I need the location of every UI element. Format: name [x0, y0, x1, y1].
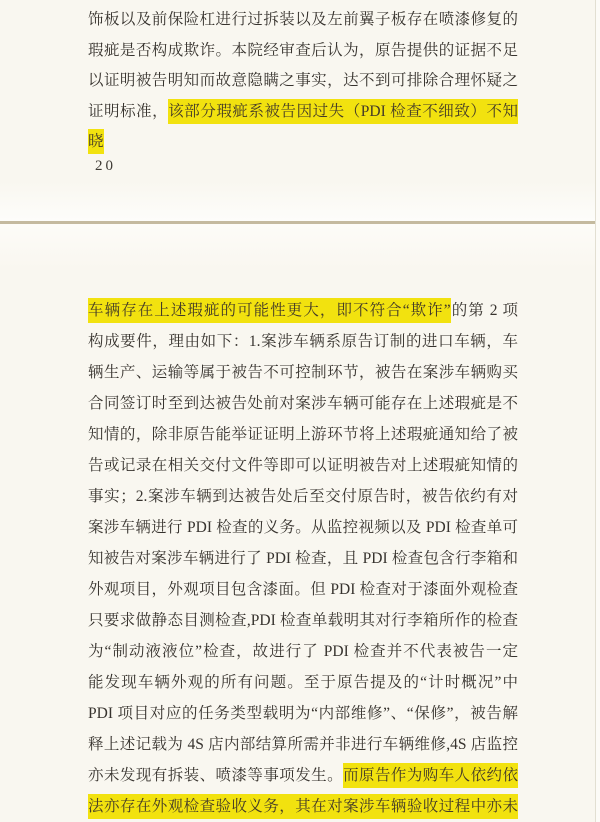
body-text: 证明标准，	[88, 103, 168, 120]
text-line: 释上述记载为 4S 店内部结算所需并非进行车辆维修,4S 店监控	[88, 729, 518, 760]
text-line: 事实；2.案涉车辆到达被告处后至交付原告时，被告依约有对	[88, 481, 518, 512]
text-line: 合同签订时至到达被告处前对案涉车辆可能存在上述瑕疵是不	[88, 388, 518, 419]
body-text: 饰板以及前保险杠进行过拆装以及左前翼子板存在喷漆修复的	[88, 11, 518, 28]
body-text: 辆生产、运输等属于被告不可控制环节，被告在案涉车辆购买	[88, 364, 518, 381]
body-text: 知情的，除非原告能举证证明上游环节将上述瑕疵通知给了被	[88, 426, 518, 443]
text-line: 瑕疵是否构成欺诈。本院经审查后认为，原告提供的证据不足	[88, 36, 518, 67]
text-line: 为“制动液液位”检查，故进行了 PDI 检查并不代表被告一定	[88, 636, 518, 667]
body-text: 为“制动液液位”检查，故进行了 PDI 检查并不代表被告一定	[88, 643, 518, 660]
text-line: 证明标准，该部分瑕疵系被告因过失（PDI 检查不细致）不知晓	[88, 97, 518, 128]
body-text: 瑕疵是否构成欺诈。本院经审查后认为，原告提供的证据不足	[88, 42, 518, 59]
text-line: PDI 项目对应的任务类型载明为“内部维修”、“保修”，被告解	[88, 698, 518, 729]
page-edge-margin	[596, 0, 600, 822]
highlighted-text: 而原告作为购车人依约依	[343, 763, 518, 788]
body-text: 案涉车辆进行 PDI 检查的义务。从监控视频以及 PDI 检查单可	[88, 519, 518, 536]
page-edge-line	[595, 0, 596, 822]
body-text: 构成要件，理由如下：1.案涉车辆系原告订制的进口车辆，车	[88, 333, 518, 350]
body-text: 知被告对案涉车辆进行了 PDI 检查，且 PDI 检查包含行李箱和	[88, 550, 518, 567]
body-text: PDI 项目对应的任务类型载明为“内部维修”、“保修”，被告解	[88, 705, 518, 722]
text-line: 外观项目，外观项目包含漆面。但 PDI 检查对于漆面外观检查	[88, 574, 518, 605]
text-line: 案涉车辆进行 PDI 检查的义务。从监控视频以及 PDI 检查单可	[88, 512, 518, 543]
body-text: 以证明被告明知而故意隐瞒之事实，达不到可排除合理怀疑之	[88, 72, 518, 89]
text-line: 车辆存在上述瑕疵的可能性更大，即不符合“欺诈”的第 2 项	[88, 295, 518, 326]
page-1: 饰板以及前保险杠进行过拆装以及左前翼子板存在喷漆修复的瑕疵是否构成欺诈。本院经审…	[0, 0, 600, 221]
text-line: 知被告对案涉车辆进行了 PDI 检查，且 PDI 检查包含行李箱和	[88, 543, 518, 574]
text-line: 辆生产、运输等属于被告不可控制环节，被告在案涉车辆购买	[88, 357, 518, 388]
text-line: 告或记录在相关交付文件等即可以证明被告对上述瑕疵知情的	[88, 450, 518, 481]
highlighted-text: 法亦存在外观检查验收义务，其在对案涉车辆验收过程中亦未	[88, 794, 518, 819]
body-text: 能发现车辆外观的所有问题。至于原告提及的“计时概况”中	[88, 674, 518, 691]
body-text: 释上述记载为 4S 店内部结算所需并非进行车辆维修,4S 店监控	[88, 736, 518, 753]
text-line: 亦未发现有拆装、喷漆等事项发生。而原告作为购车人依约依	[88, 760, 518, 791]
body-text: 亦未发现有拆装、喷漆等事项发生。	[88, 767, 343, 784]
text-line: 能发现车辆外观的所有问题。至于原告提及的“计时概况”中	[88, 667, 518, 698]
text-line: 以证明被告明知而故意隐瞒之事实，达不到可排除合理怀疑之	[88, 66, 518, 97]
text-line: 知情的，除非原告能举证证明上游环节将上述瑕疵通知给了被	[88, 419, 518, 450]
body-text: 外观项目，外观项目包含漆面。但 PDI 检查对于漆面外观检查	[88, 581, 518, 598]
highlighted-text: 车辆存在上述瑕疵的可能性更大，即不符合“欺诈”	[88, 298, 451, 323]
text-line: 饰板以及前保险杠进行过拆装以及左前翼子板存在喷漆修复的	[88, 5, 518, 36]
text-line: 法亦存在外观检查验收义务，其在对案涉车辆验收过程中亦未	[88, 791, 518, 822]
body-text: 的第 2 项	[451, 302, 518, 319]
page1-text-block: 饰板以及前保险杠进行过拆装以及左前翼子板存在喷漆修复的瑕疵是否构成欺诈。本院经审…	[88, 5, 518, 127]
page-2: 车辆存在上述瑕疵的可能性更大，即不符合“欺诈”的第 2 项构成要件，理由如下：1…	[0, 224, 600, 822]
text-line: 构成要件，理由如下：1.案涉车辆系原告订制的进口车辆，车	[88, 326, 518, 357]
page2-text-block: 车辆存在上述瑕疵的可能性更大，即不符合“欺诈”的第 2 项构成要件，理由如下：1…	[88, 295, 518, 822]
body-text: 事实；2.案涉车辆到达被告处后至交付原告时，被告依约有对	[88, 488, 518, 505]
page-number: 20	[95, 158, 600, 175]
body-text: 只要求做静态目测检查,PDI 检查单载明其对行李箱所作的检查	[88, 612, 518, 629]
body-text: 合同签订时至到达被告处前对案涉车辆可能存在上述瑕疵是不	[88, 395, 518, 412]
text-line: 只要求做静态目测检查,PDI 检查单载明其对行李箱所作的检查	[88, 605, 518, 636]
body-text: 告或记录在相关交付文件等即可以证明被告对上述瑕疵知情的	[88, 457, 518, 474]
